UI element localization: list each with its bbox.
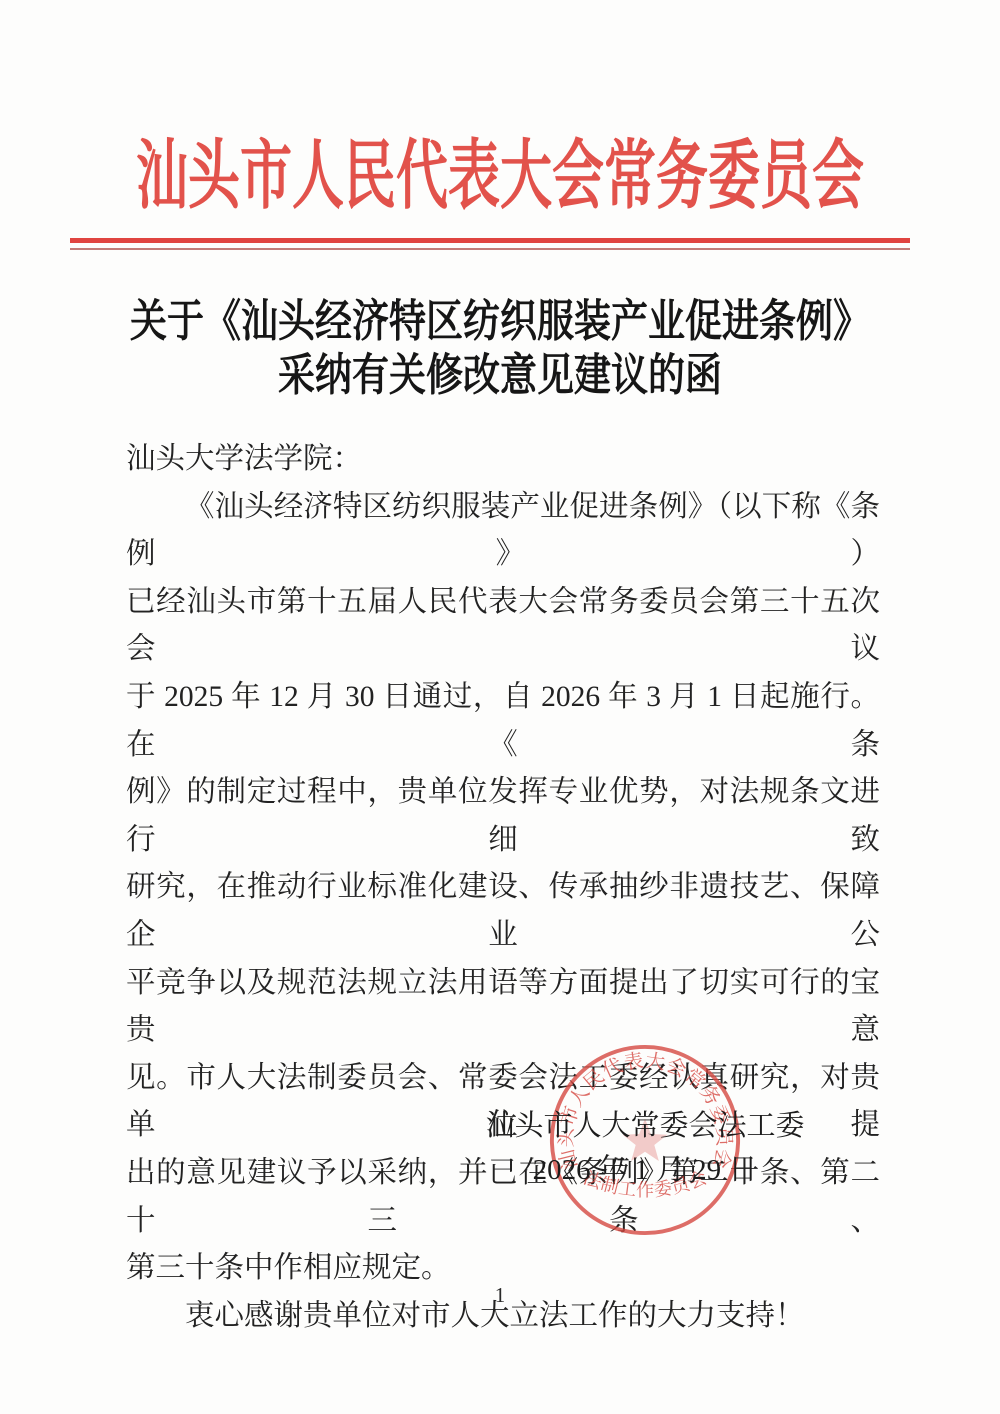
body-line: 例》的制定过程中，贵单位发挥专业优势，对法规条文进行细致 (126, 769, 880, 864)
signature-block: 汕头市人大常委会法工委 2026 年 1 月 29 日 (445, 1104, 845, 1192)
document-title: 关于《汕头经济特区纺织服装产业促进条例》 采纳有关修改意见建议的函 (0, 295, 1000, 403)
divider-thick-rule (70, 238, 910, 243)
document-title-line2: 采纳有关修改意见建议的函 (0, 349, 1000, 403)
letterhead-divider (70, 238, 910, 250)
signature-date: 2026 年 1 月 29 日 (445, 1148, 845, 1192)
body-line: 平竞争以及规范法规立法用语等方面提出了切实可行的宝贵意 (126, 960, 880, 1055)
body-line: 研究，在推动行业标准化建设、传承抽纱非遗技艺、保障企业公 (126, 864, 880, 959)
org-title: 汕头市人民代表大会常务委员会 (0, 142, 1000, 215)
document-title-line1: 关于《汕头经济特区纺织服装产业促进条例》 (0, 295, 1000, 349)
signature-name: 汕头市人大常委会法工委 (445, 1104, 845, 1148)
document-page: 汕头市人民代表大会常务委员会 关于《汕头经济特区纺织服装产业促进条例》 采纳有关… (0, 0, 1000, 1414)
body-line: 《汕头经济特区纺织服装产业促进条例》（以下称《条例》） (126, 484, 880, 579)
body-text: 汕头大学法学院： 《汕头经济特区纺织服装产业促进条例》（以下称《条例》） 已经汕… (126, 436, 880, 1340)
divider-thin-rule (70, 248, 910, 250)
salutation: 汕头大学法学院： (126, 436, 880, 484)
body-line: 已经汕头市第十五届人民代表大会常务委员会第三十五次会议 (126, 579, 880, 674)
page-number: 1 (0, 1283, 1000, 1308)
body-line: 于 2025 年 12 月 30 日通过，自 2026 年 3 月 1 日起施行… (126, 674, 880, 769)
